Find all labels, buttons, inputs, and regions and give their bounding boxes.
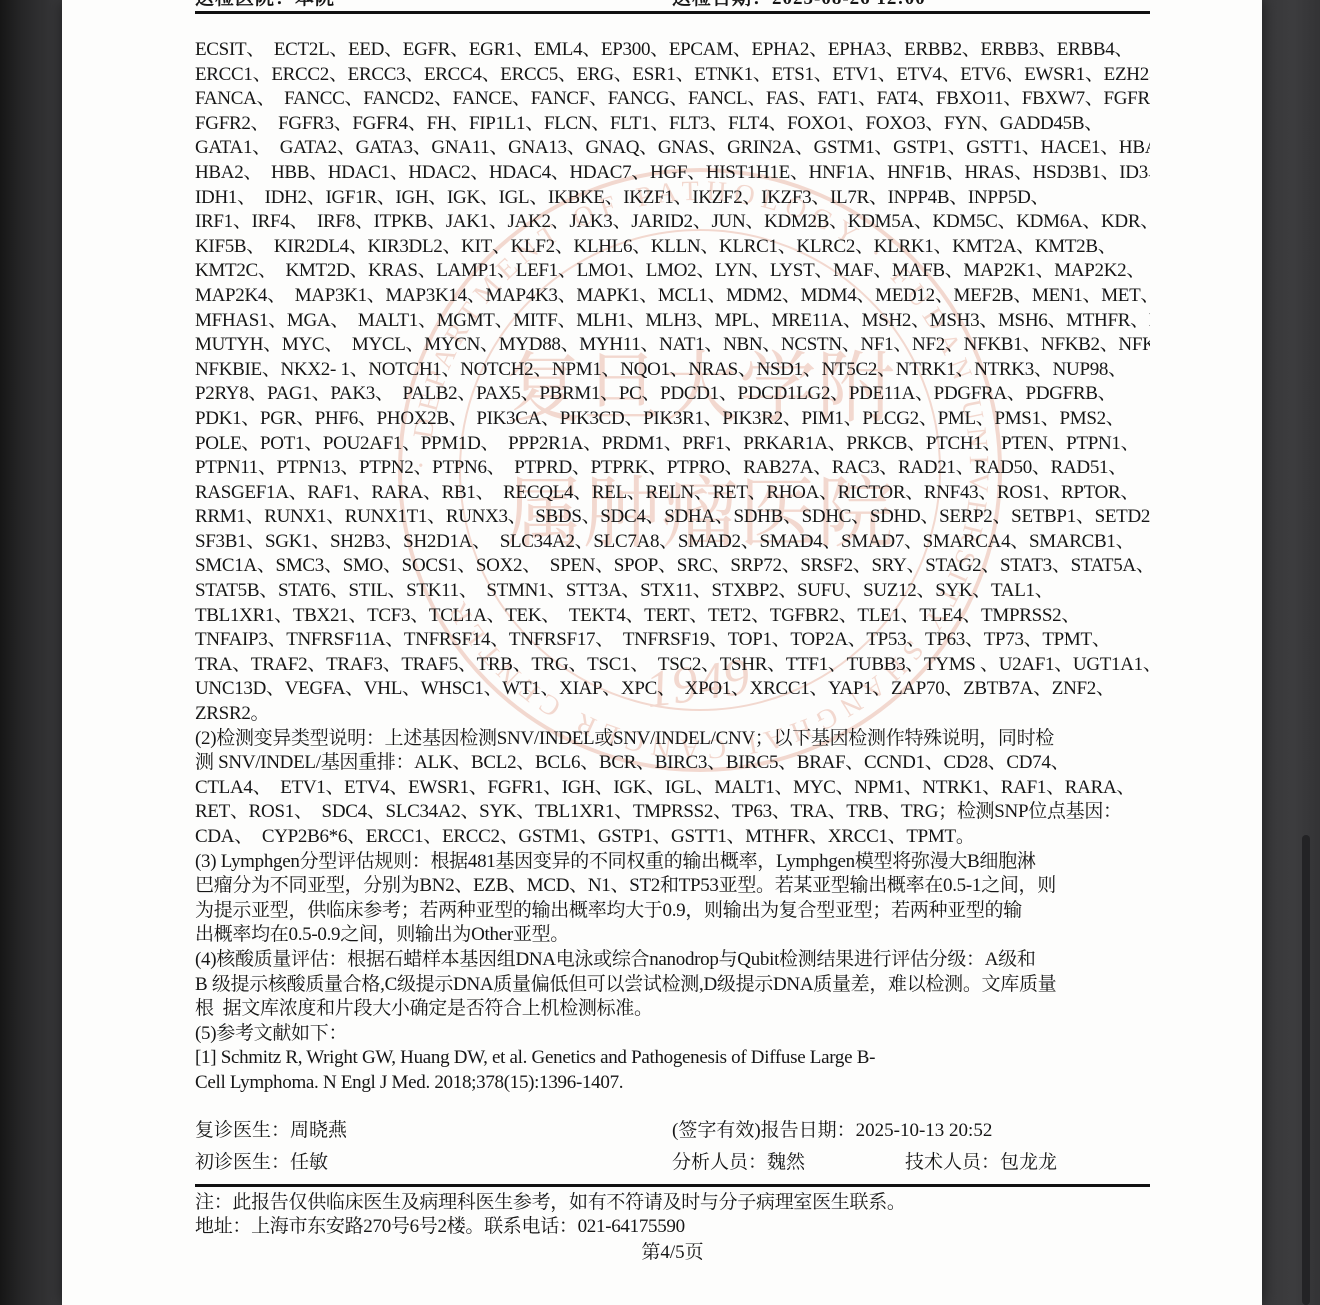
review-doctor: 复诊医生：周晓燕 (195, 1115, 672, 1147)
header-divider (195, 11, 1150, 14)
analyst: 分析人员：魏然 (672, 1147, 905, 1179)
footer-address: 地址：上海市东安路270号6号2楼。联系电话：021-64175590 (195, 1215, 1150, 1240)
signature-row-2: 初诊医生：任敏 分析人员：魏然 技术人员：包龙龙 (195, 1147, 1150, 1179)
footer-note: 注：此报告仅供临床医生及病理科医生参考，如有不符请及时与分子病理室医生联系。 (195, 1190, 1150, 1216)
section-lymphgen-rule: (3) Lymphgen分型评估规则：根据481基因变异的不同权重的输出概率，L… (195, 850, 1150, 948)
report-date: (签字有效)报告日期：2025-10-13 20:52 (672, 1115, 992, 1147)
section-nucleic-acid-quality: (4)核酸质量评估：根据石蜡样本基因组DNA电泳或综合nanodrop与Qubi… (195, 948, 1150, 1022)
footer-divider (195, 1184, 1150, 1187)
page-number: 第4/5页 (195, 1240, 1150, 1266)
section-variant-type-note: (2)检测变异类型说明：上述基因检测SNV/INDEL或SNV/INDEL/CN… (195, 727, 1150, 850)
first-visit-doctor: 初诊医生：任敏 (195, 1147, 672, 1179)
viewer-right-gutter (1262, 0, 1320, 1305)
signature-row-1: 复诊医生：周晓燕 (签字有效)报告日期：2025-10-13 20:52 (195, 1115, 1150, 1147)
signature-block: 复诊医生：周晓燕 (签字有效)报告日期：2025-10-13 20:52 初诊医… (195, 1115, 1150, 1179)
section-references: (5)参考文献如下： [1] Schmitz R, Wright GW, Hua… (195, 1022, 1150, 1096)
report-page: · DEPARTMENT OF PATHOLOGY · FUDAN UNIVER… (62, 0, 1262, 1305)
technician: 技术人员：包龙龙 (905, 1147, 1057, 1179)
gene-panel-list: ECSIT、 ECT2L、EED、EGFR、EGR1、EML4、EP300、EP… (195, 38, 1150, 727)
sending-hospital-label: 送检医院：本院 (195, 0, 335, 11)
scrollbar-thumb[interactable] (1302, 835, 1310, 1305)
page-header-fragment: 送检医院：本院 送检日期：2025-08-26 12:00 (195, 0, 1150, 11)
document-viewer: · DEPARTMENT OF PATHOLOGY · FUDAN UNIVER… (0, 0, 1320, 1305)
sending-date-label: 送检日期：2025-08-26 12:00 (672, 0, 926, 11)
viewer-left-gutter (0, 0, 62, 1305)
